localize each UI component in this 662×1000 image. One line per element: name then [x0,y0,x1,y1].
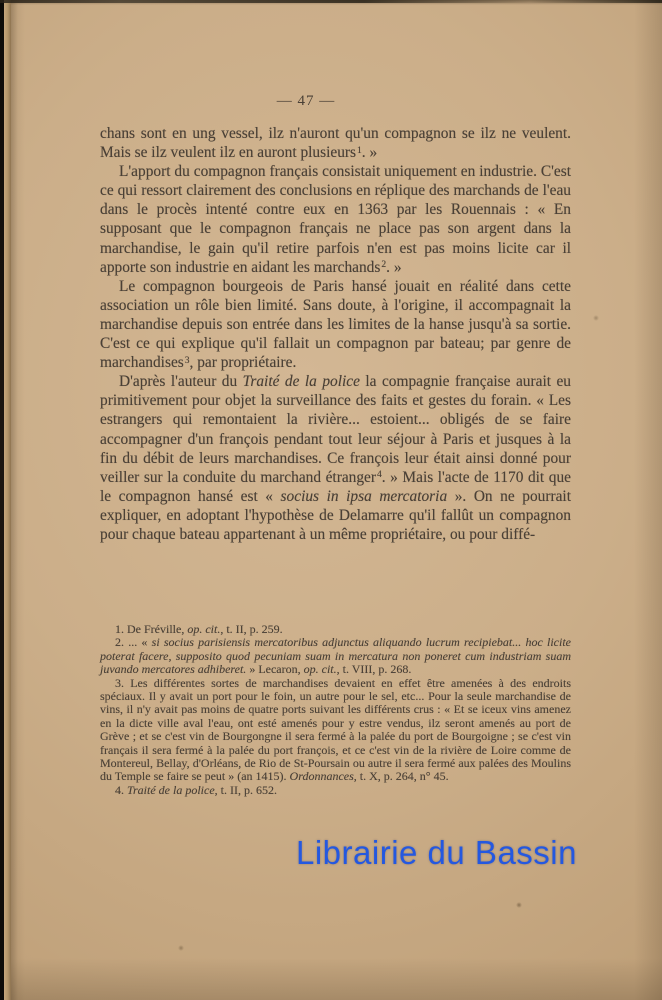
text-run: Traité de la police [127,783,215,797]
text-run: Traité de la police [243,373,360,390]
text-run: , par propriétaire. [190,354,297,371]
text-run: , t. II, p. 259. [220,622,282,636]
scanned-book-page: — 47 — chans sont en ung vessel, ilz n'a… [0,0,662,1000]
footnote: 4. Traité de la police, t. II, p. 652. [100,784,571,797]
body-text: chans sont en ung vessel, ilz n'auront q… [100,124,571,544]
text-run: socius in ipsa mercatoria [281,488,448,505]
paragraph: Le compagnon bourgeois de Paris hansé jo… [100,277,571,372]
text-run: 3. Les différentes sortes de marchandise… [100,676,571,784]
text-run: chans sont en ung vessel, ilz n'auront q… [100,125,571,161]
text-run: op. cit. [187,622,220,636]
bookseller-watermark: Librairie du Bassin [296,834,577,872]
paragraph: L'apport du compagnon français consistai… [100,162,571,277]
page-number: — 47 — [71,93,541,110]
text-run: 1. De Fréville, [115,622,187,636]
paragraph: D'après l'auteur du Traité de la police … [100,372,571,544]
text-run: , t. X, p. 264, n° 45. [354,769,449,783]
text-run: Le compagnon bourgeois de Paris hansé jo… [100,278,571,371]
text-run: Ordonnances [290,769,354,783]
footnote: 1. De Fréville, op. cit., t. II, p. 259. [100,623,571,636]
text-run: , t. VIII, p. 268. [337,662,412,676]
underlying-page-edge [4,0,11,1000]
text-run: . » [386,259,401,276]
text-run: 2. ... « [115,635,152,649]
text-run: 4. [115,783,127,797]
paragraph: chans sont en ung vessel, ilz n'auront q… [100,124,571,162]
footnote: 3. Les différentes sortes de marchandise… [100,677,571,784]
footnote: 2. ... « si socius parisiensis mercatori… [100,636,571,676]
text-run: » Lecaron, [246,662,303,676]
text-run: D'après l'auteur du [119,373,243,390]
scan-top-edge [0,0,662,3]
text-run: L'apport du compagnon français consistai… [100,163,571,275]
text-run: op. cit. [304,662,337,676]
text-run: . » [362,144,377,161]
text-run: , t. II, p. 652. [215,783,277,797]
footnotes-block: 1. De Fréville, op. cit., t. II, p. 259.… [100,623,571,797]
